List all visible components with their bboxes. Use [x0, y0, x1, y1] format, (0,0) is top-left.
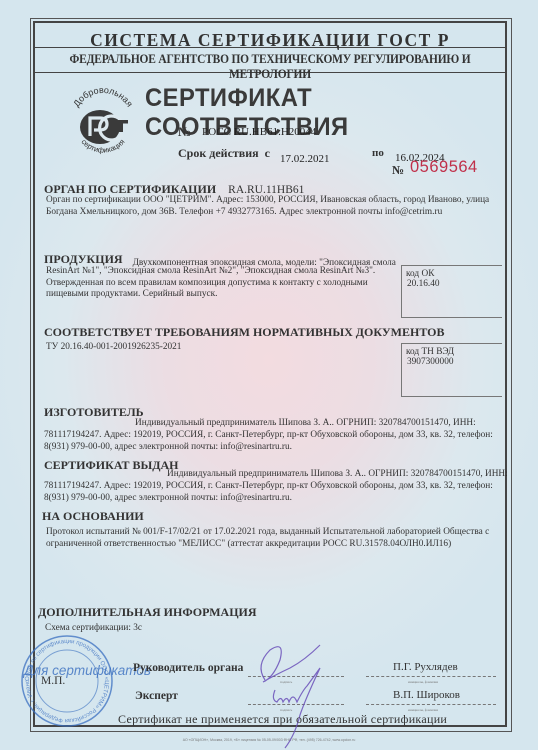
basis-details: Протокол испытаний № 001/F-17/02/21 от 1… [46, 527, 516, 550]
head-name: П.Г. Рухлядев [393, 661, 458, 673]
stamp-icon: Орган по сертификации продукции ООО «ЦЕТ… [18, 632, 116, 730]
rst-logo-icon: Добровольная сертификация [62, 84, 144, 166]
serial-label: № [392, 163, 404, 178]
issued-to-details: 781117194247. Адрес: 192019, РОССИЯ, г. … [44, 481, 514, 504]
expert-name: В.П. Широков [393, 689, 460, 701]
text-line: ограниченной ответственностью "МЕЛИСС" (… [46, 539, 516, 551]
cert-number: РОСС RU.НВ61.Н20044 [202, 126, 316, 138]
compliance-document: ТУ 20.16.40-001-2001926235-2021 [46, 342, 181, 354]
text-line: Протокол испытаний № 001/F-17/02/21 от 1… [46, 527, 516, 539]
expert-name-line [366, 704, 496, 705]
document-title: СЕРТИФИКАТ СООТВЕТСТВИЯ [145, 84, 518, 142]
text-line: пищевыми продуктами. Серийный выпуск. [46, 289, 386, 301]
text-line: 8(931) 979-00-00, адрес электронной почт… [44, 493, 514, 505]
system-title: СИСТЕМА СЕРТИФИКАЦИИ ГОСТ Р [33, 30, 507, 51]
tnved-code-box: код ТН ВЭД 3907300000 [401, 343, 502, 397]
logo-top-text: Добровольная [71, 85, 135, 109]
stamp-overlay-text: Для сертификатов [24, 663, 151, 678]
head-name-caption: инициалы, фамилия [408, 680, 438, 684]
ok-code-box: код ОК 20.16.40 [401, 265, 502, 318]
svg-text:Добровольная: Добровольная [71, 85, 135, 109]
head-role: Руководитель органа [133, 662, 243, 674]
text-line: Отвержденная по всем правилам композиция… [46, 278, 386, 290]
certification-body-details: Орган по сертификации ООО "ЦЕТРИМ". Адре… [46, 195, 506, 218]
valid-to-label: по [372, 147, 384, 159]
product-heading: ПРОДУКЦИЯ [44, 252, 123, 266]
expert-role: Эксперт [135, 690, 178, 702]
head-name-line [366, 676, 496, 677]
signature-icon [245, 640, 335, 750]
serial-number: 0569564 [410, 158, 478, 177]
certification-body-heading: ОРГАН ПО СЕРТИФИКАЦИИ [44, 182, 216, 196]
product-details: ResinArt №1", "Эпоксидная смола ResinArt… [46, 266, 386, 301]
text-line: Богдана Хмельницкого, дом 36В. Телефон +… [46, 207, 506, 219]
printer-info: АО «ОПЦИОН», Москва, 2019, «Б» лицензия … [0, 738, 538, 742]
text-line: 8(931) 979-00-00, адрес электронной почт… [44, 442, 514, 454]
text-line: 781117194247. Адрес: 192019, РОССИЯ, г. … [44, 430, 514, 442]
ok-code-label: код ОК [406, 269, 502, 279]
manufacturer-details: 781117194247. Адрес: 192019, РОССИЯ, г. … [44, 430, 514, 453]
tnved-code-value: 3907300000 [407, 357, 502, 367]
ok-code-value: 20.16.40 [407, 279, 502, 289]
tnved-code-label: код ТН ВЭД [406, 347, 502, 357]
text-line: Индивидуальный предприниматель Шипова З.… [135, 418, 476, 430]
text-line: Индивидуальный предприниматель Шипова З.… [167, 469, 508, 481]
cert-number-label: № [178, 124, 191, 140]
text-line: 781117194247. Адрес: 192019, РОССИЯ, г. … [44, 481, 514, 493]
manufacturer-heading: ИЗГОТОВИТЕЛЬ [44, 405, 144, 420]
compliance-heading: СООТВЕТСТВУЕТ ТРЕБОВАНИЯМ НОРМАТИВНЫХ ДО… [44, 325, 445, 340]
valid-from: 17.02.2021 [280, 153, 330, 165]
text-line: ResinArt №1", "Эпоксидная смола ResinArt… [46, 266, 386, 278]
validity-label: Срок действия с [178, 146, 270, 161]
issued-to-heading: СЕРТИФИКАТ ВЫДАН [44, 458, 178, 473]
basis-heading: НА ОСНОВАНИИ [42, 509, 144, 524]
footer-note: Сертификат не применяется при обязательн… [118, 712, 447, 727]
additional-heading: ДОПОЛНИТЕЛЬНАЯ ИНФОРМАЦИЯ [38, 605, 257, 620]
text-line: Орган по сертификации ООО "ЦЕТРИМ". Адре… [46, 195, 506, 207]
agency-name: ФЕДЕРАЛЬНОЕ АГЕНТСТВО ПО ТЕХНИЧЕСКОМУ РЕ… [50, 52, 491, 82]
